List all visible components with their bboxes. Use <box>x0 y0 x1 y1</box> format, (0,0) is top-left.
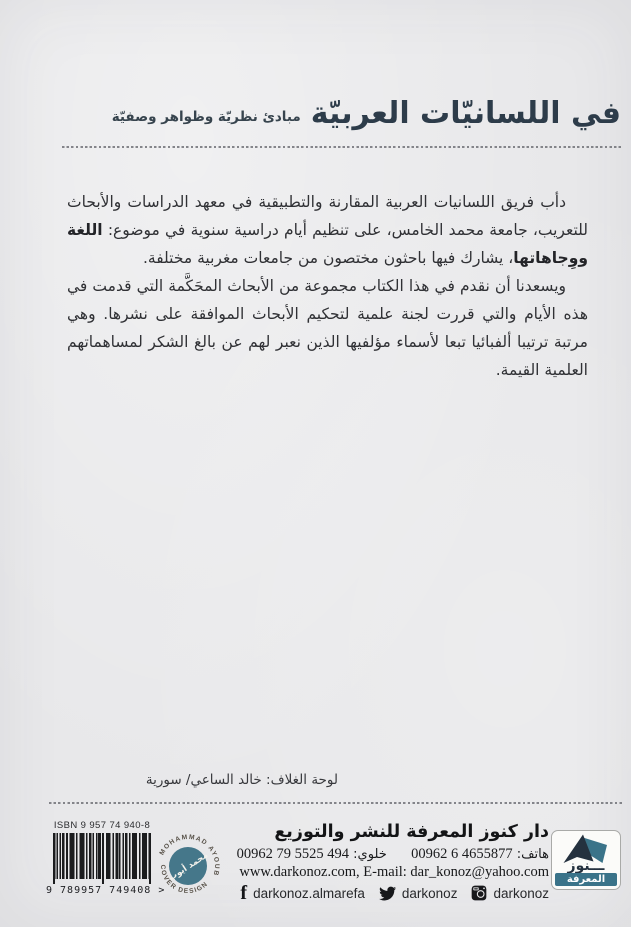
book-subtitle: مبادئ نظريّة وظواهر وصفيّة <box>112 109 301 125</box>
instagram-handle-item: darkonoz <box>471 885 549 901</box>
divider-bottom <box>49 802 623 804</box>
mobile-label: خلوي: <box>353 847 387 862</box>
publisher-website-email: www.darkonoz.com, E-mail: dar_konoz@yaho… <box>239 864 549 881</box>
facebook-handle: darkonoz.almarefa <box>253 886 365 901</box>
publisher-block: دار كنوز المعرفة للنشر والتوزيع هاتف: 00… <box>229 821 549 902</box>
blurb-p1-end: ، يشارك فيها باحثون مختصون من جامعات مغر… <box>143 249 513 267</box>
back-blurb: دأب فريق اللسانيات العربية المقارنة والت… <box>67 188 588 384</box>
logo-word-almarefa: المعرفة <box>555 873 617 886</box>
logo-word-knoz: ـــنوز <box>555 859 617 873</box>
twitter-handle-item: darkonoz <box>379 886 458 901</box>
publisher-social-row: f darkonoz.almarefa darkonoz darkonoz <box>240 884 549 902</box>
publisher-name: دار كنوز المعرفة للنشر والتوزيع <box>274 821 549 843</box>
blurb-p1-start: دأب فريق اللسانيات العربية المقارنة والت… <box>67 193 588 239</box>
phone-number: 00962 6 4655877 <box>411 846 513 862</box>
cover-art-credit: لوحة الغلاف: خالد الساعي/ سورية <box>96 772 338 788</box>
publisher-phones: هاتف: 00962 6 4655877 خلوي: 00962 79 552… <box>237 846 549 863</box>
publisher-logo: ـــنوز المعرفة <box>551 830 621 890</box>
barcode-digits: 9 789957 749408 > <box>46 885 158 896</box>
blurb-paragraph-1: دأب فريق اللسانيات العربية المقارنة والت… <box>67 188 588 272</box>
book-back-cover: في اللسانيّات العربيّة مبادئ نظريّة وظوا… <box>0 0 631 927</box>
facebook-icon: f <box>240 884 247 902</box>
barcode-guard-middle <box>102 833 104 884</box>
divider-top <box>62 146 623 148</box>
facebook-handle-item: f darkonoz.almarefa <box>240 884 364 902</box>
instagram-handle: darkonoz <box>493 886 549 901</box>
mobile-number: 00962 79 5525 494 <box>237 846 349 862</box>
barcode-icon <box>53 833 151 879</box>
barcode-guard-left <box>53 833 55 884</box>
isbn-label: ISBN 9 957 74 940-8 <box>46 820 158 831</box>
book-title: في اللسانيّات العربيّة <box>311 92 621 136</box>
instagram-icon <box>471 885 487 901</box>
header: في اللسانيّات العربيّة مبادئ نظريّة وظوا… <box>60 92 621 136</box>
twitter-icon <box>379 886 396 901</box>
twitter-handle: darkonoz <box>402 886 458 901</box>
phone-label: هاتف: <box>517 847 549 862</box>
designer-stamp: MOHAMMAD AYOUB COVER DESIGN محمد أيوب <box>150 828 226 904</box>
barcode-block: ISBN 9 957 74 940-8 9 789957 749408 > <box>46 820 158 896</box>
blurb-paragraph-2: ويسعدنا أن نقدم في هذا الكتاب مجموعة من … <box>67 272 588 384</box>
